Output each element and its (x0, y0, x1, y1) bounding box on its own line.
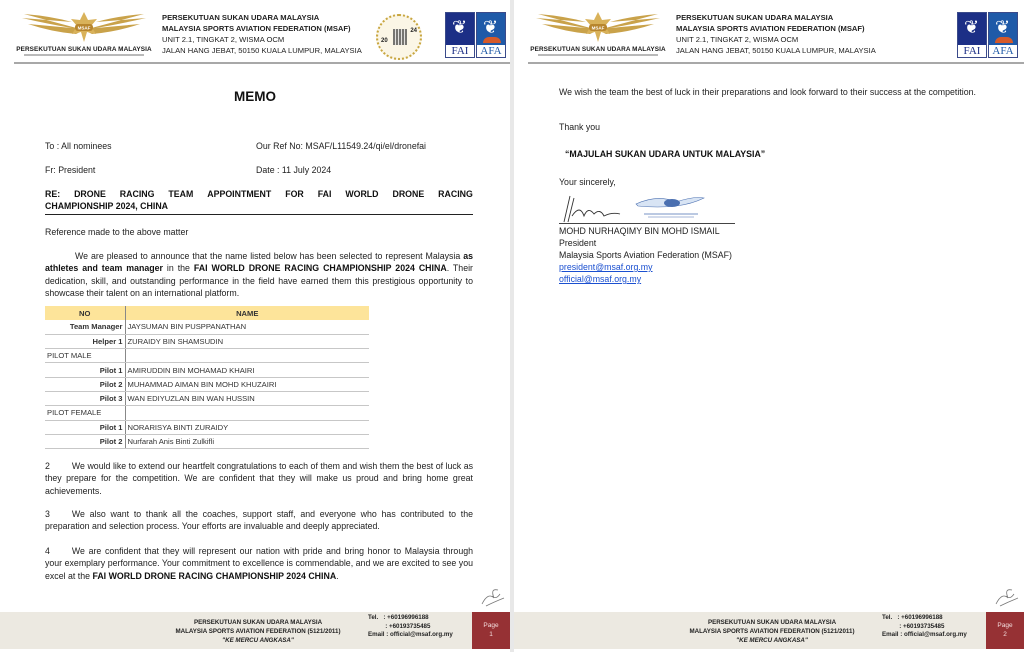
to-field: To : All nominees (45, 141, 112, 151)
closing-salutation: Your sincerely, (559, 176, 987, 188)
logo-caption: PERSEKUTUAN SUKAN UDARA MALAYSIA (14, 46, 154, 53)
motto: “MAJULAH SUKAN UDARA UNTUK MALAYSIA” (565, 148, 987, 160)
signer-organization: Malaysia Sports Aviation Federation (MSA… (559, 249, 987, 261)
column-header-name: NAME (125, 306, 369, 320)
msaf-logo: MSAF PERSEKUTUAN SUKAN UDARA MALAYSIA (14, 8, 154, 58)
afa-logo: AFA (988, 12, 1018, 58)
paragraph-4: 4We are confident that they will represe… (45, 545, 473, 582)
team-table: NO NAME Team ManagerJAYSUMAN BIN PUSPPAN… (45, 306, 369, 449)
paragraph-3: 3We also want to thank all the coaches, … (45, 508, 473, 533)
paragraph-2: 2We would like to extend our heartfelt c… (45, 460, 473, 497)
page-footer: PERSEKUTUAN SUKAN UDARA MALAYSIA MALAYSI… (514, 612, 1024, 649)
table-row: Pilot 3WAN EDIYUZLAN BIN WAN HUSSIN (45, 391, 369, 405)
signature-line (559, 223, 735, 224)
group-label: PILOT MALE (45, 349, 125, 363)
footer-contact: Tel. : +60196996188 : +60193735485 Email… (882, 614, 967, 640)
official-email-link[interactable]: official@msaf.org.my (559, 274, 641, 284)
msaf-wings-icon: MSAF (534, 10, 662, 44)
name-cell: AMIRUDDIN BIN MOHAMAD KHAIRI (125, 363, 369, 377)
table-row: Pilot 1AMIRUDDIN BIN MOHAMAD KHAIRI (45, 363, 369, 377)
thank-you-line: Thank you (559, 121, 987, 133)
memo-subject: RE:DRONERACINGTEAMAPPOINTMENTFORFAIWORLD… (45, 189, 473, 215)
name-cell: MUHAMMAD AIMAN BIN MOHD KHUZAIRI (125, 377, 369, 391)
header-divider (14, 62, 510, 64)
msaf-wings-icon: MSAF (20, 10, 148, 44)
group-label: PILOT FEMALE (45, 406, 125, 420)
svg-text:MSAF: MSAF (78, 26, 91, 31)
president-email-link[interactable]: president@msaf.org.my (559, 262, 653, 272)
table-row: Pilot 1NORARISYA BINTI ZURAIDY (45, 420, 369, 434)
logo-subcaption (24, 54, 144, 56)
org-address: PERSEKUTUAN SUKAN UDARA MALAYSIA MALAYSI… (676, 12, 876, 56)
role-cell: Helper 1 (45, 334, 125, 348)
letterhead: MSAF PERSEKUTUAN SUKAN UDARA MALAYSIA PE… (0, 0, 510, 64)
svg-text:MSAF: MSAF (592, 26, 605, 31)
table-row: Pilot 2MUHAMMAD AIMAN BIN MOHD KHUZAIRI (45, 377, 369, 391)
role-cell: Pilot 1 (45, 363, 125, 377)
role-cell: Team Manager (45, 320, 125, 334)
reference-number: Our Ref No: MSAF/L11549.24/qi/el/dronefa… (256, 141, 426, 151)
initials-signature-icon (992, 586, 1020, 608)
column-header-no: NO (45, 306, 125, 320)
from-field: Fr: President (45, 165, 95, 175)
table-row: PILOT FEMALE (45, 406, 369, 420)
signature-and-stamp (558, 192, 708, 224)
org-address: PERSEKUTUAN SUKAN UDARA MALAYSIA MALAYSI… (162, 12, 362, 56)
table-row: Team ManagerJAYSUMAN BIN PUSPPANATHAN (45, 320, 369, 334)
paragraph-1: We are pleased to announce that the name… (45, 250, 473, 300)
footer-contact: Tel. : +60196996188 : +60193735485 Email… (368, 614, 453, 640)
name-cell: ZURAIDY BIN SHAMSUDIN (125, 334, 369, 348)
role-cell: Pilot 2 (45, 377, 125, 391)
page-number-badge: Page 2 (986, 612, 1024, 649)
date-field: Date : 11 July 2024 (256, 165, 331, 175)
fai-logo: FAI (957, 12, 987, 58)
letterhead: MSAF PERSEKUTUAN SUKAN UDARA MALAYSIA PE… (514, 0, 1024, 64)
role-cell: Pilot 2 (45, 434, 125, 448)
memo-title: MEMO (0, 89, 510, 104)
name-cell: Nurfarah Anis Binti Zulkifli (125, 434, 369, 448)
memo-page-2: MSAF PERSEKUTUAN SUKAN UDARA MALAYSIA PE… (514, 0, 1024, 652)
signer-title: President (559, 237, 987, 249)
name-cell: WAN EDIYUZLAN BIN WAN HUSSIN (125, 391, 369, 405)
table-row: PILOT MALE (45, 349, 369, 363)
name-cell: NORARISYA BINTI ZURAIDY (125, 420, 369, 434)
qr-code-icon (393, 29, 407, 45)
fai-logo: FAI (445, 12, 475, 58)
signer-name: MOHD NURHAQIMY BIN MOHD ISMAIL (559, 225, 987, 237)
header-divider (528, 62, 1024, 64)
logo-subcaption (538, 54, 658, 56)
afa-logo: AFA (476, 12, 506, 58)
role-cell: Pilot 1 (45, 420, 125, 434)
memo-page-1: MSAF PERSEKUTUAN SUKAN UDARA MALAYSIA PE… (0, 0, 510, 652)
closing-paragraph: We wish the team the best of luck in the… (559, 86, 994, 98)
page-footer: PERSEKUTUAN SUKAN UDARA MALAYSIA MALAYSI… (0, 612, 510, 649)
role-cell: Pilot 3 (45, 391, 125, 405)
table-row: Helper 1ZURAIDY BIN SHAMSUDIN (45, 334, 369, 348)
initials-signature-icon (478, 586, 506, 608)
name-cell: JAYSUMAN BIN PUSPPANATHAN (125, 320, 369, 334)
table-row: Pilot 2Nurfarah Anis Binti Zulkifli (45, 434, 369, 448)
logo-caption: PERSEKUTUAN SUKAN UDARA MALAYSIA (528, 46, 668, 53)
reference-line: Reference made to the above matter (45, 226, 473, 238)
msaf-logo: MSAF PERSEKUTUAN SUKAN UDARA MALAYSIA (528, 8, 668, 58)
page-number-badge: Page 1 (472, 612, 510, 649)
anniversary-seal: 20 24 (376, 14, 422, 60)
